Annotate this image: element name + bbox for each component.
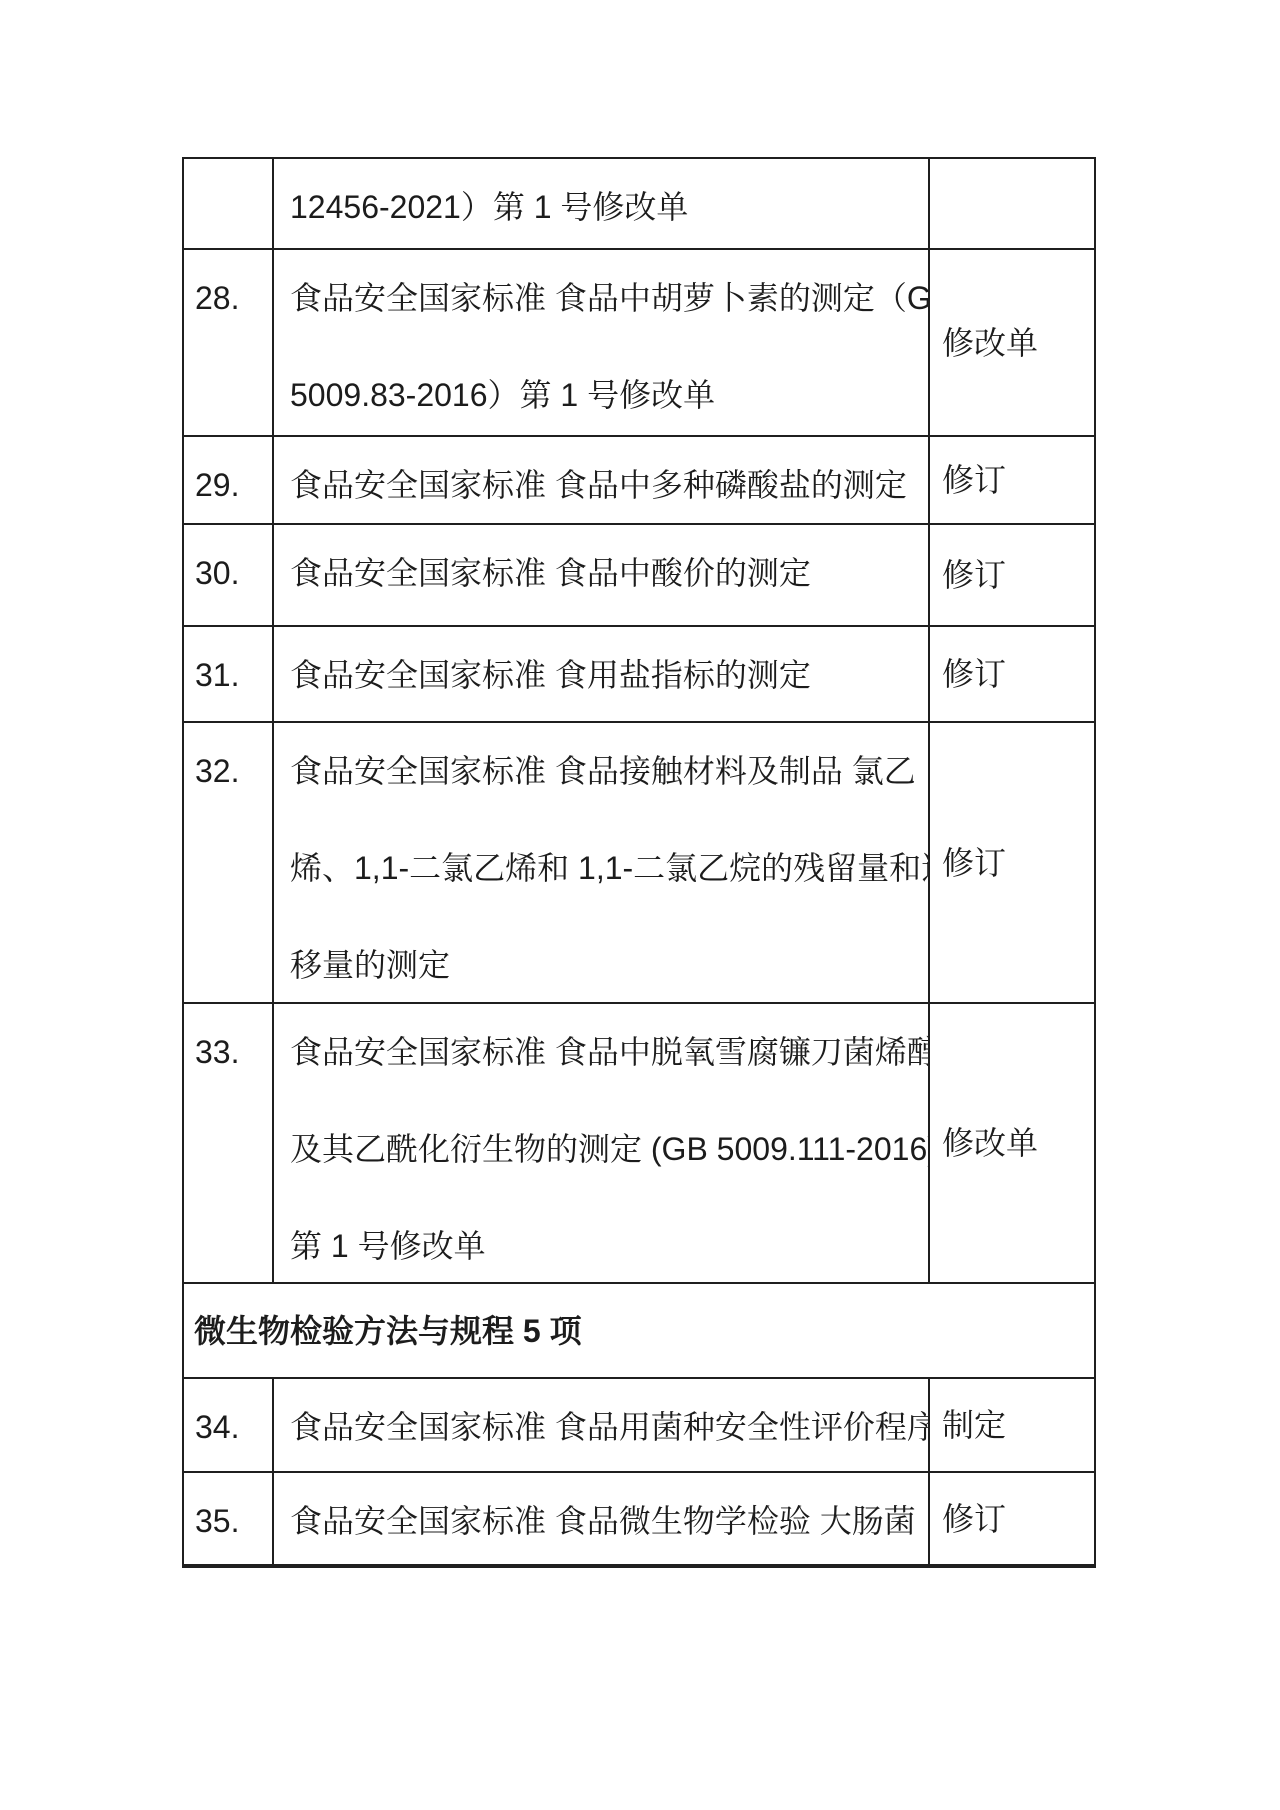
standard-name-cell: 食品安全国家标准 食品中酸价的测定 [274, 525, 930, 625]
table-row: 12456-2021）第 1 号修改单 [184, 159, 1094, 250]
status-cell: 修订 [930, 437, 1094, 523]
row-number-cell [184, 159, 274, 248]
table-section-row: 微生物检验方法与规程 5 项 [184, 1284, 1094, 1379]
table-row: 32. 食品安全国家标准 食品接触材料及制品 氯乙 烯、1,1-二氯乙烯和 1,… [184, 723, 1094, 1004]
standards-table: 12456-2021）第 1 号修改单 28. 食品安全国家标准 食品中胡萝卜素… [182, 157, 1096, 1568]
standard-name-cell: 食品安全国家标准 食用盐指标的测定 [274, 627, 930, 721]
table-row: 30. 食品安全国家标准 食品中酸价的测定 修订 [184, 525, 1094, 627]
row-number-cell: 35. [184, 1473, 274, 1564]
standard-name-cell: 食品安全国家标准 食品中胡萝卜素的测定（GB 5009.83-2016）第 1 … [274, 250, 930, 435]
standard-name-cell: 食品安全国家标准 食品接触材料及制品 氯乙 烯、1,1-二氯乙烯和 1,1-二氯… [274, 723, 930, 1002]
status-cell: 修改单 [930, 1004, 1094, 1282]
table-row: 29. 食品安全国家标准 食品中多种磷酸盐的测定 修订 [184, 437, 1094, 525]
row-number-cell: 28. [184, 250, 274, 435]
standard-name-cell: 食品安全国家标准 食品中脱氧雪腐镰刀菌烯醇 及其乙酰化衍生物的测定 (GB 50… [274, 1004, 930, 1282]
status-cell [930, 159, 1094, 248]
table-row: 28. 食品安全国家标准 食品中胡萝卜素的测定（GB 5009.83-2016）… [184, 250, 1094, 437]
row-number-cell: 31. [184, 627, 274, 721]
row-number-cell: 34. [184, 1379, 274, 1471]
document-page: 12456-2021）第 1 号修改单 28. 食品安全国家标准 食品中胡萝卜素… [0, 0, 1280, 1810]
standard-name-cell: 食品安全国家标准 食品中多种磷酸盐的测定 [274, 437, 930, 523]
standard-name-cell: 食品安全国家标准 食品用菌种安全性评价程序 [274, 1379, 930, 1471]
row-number-cell: 33. [184, 1004, 274, 1282]
table-row: 35. 食品安全国家标准 食品微生物学检验 大肠菌 修订 [184, 1473, 1094, 1564]
standard-name-cell: 食品安全国家标准 食品微生物学检验 大肠菌 [274, 1473, 930, 1564]
status-cell: 修订 [930, 525, 1094, 625]
status-cell: 修订 [930, 1473, 1094, 1564]
row-number-cell: 32. [184, 723, 274, 1002]
status-cell: 制定 [930, 1379, 1094, 1471]
table-row: 34. 食品安全国家标准 食品用菌种安全性评价程序 制定 [184, 1379, 1094, 1473]
status-cell: 修订 [930, 723, 1094, 1002]
table-row: 31. 食品安全国家标准 食用盐指标的测定 修订 [184, 627, 1094, 723]
table-row: 33. 食品安全国家标准 食品中脱氧雪腐镰刀菌烯醇 及其乙酰化衍生物的测定 (G… [184, 1004, 1094, 1284]
status-cell: 修订 [930, 627, 1094, 721]
row-number-cell: 29. [184, 437, 274, 523]
standard-name-cell: 12456-2021）第 1 号修改单 [274, 159, 930, 248]
status-cell: 修改单 [930, 250, 1094, 435]
section-header: 微生物检验方法与规程 5 项 [184, 1284, 1094, 1377]
row-number-cell: 30. [184, 525, 274, 625]
